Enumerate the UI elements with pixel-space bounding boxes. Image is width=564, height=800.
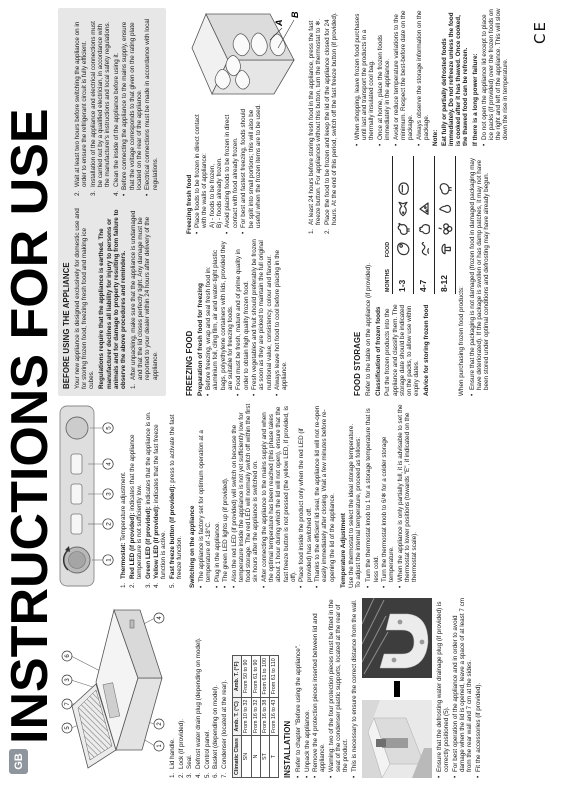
storage-tips-section: •When shopping, leave frozen food purcha… [354, 8, 511, 146]
temperature-intro: Use the thermostat to select the ideal s… [348, 402, 362, 588]
freezing-steps: 1.At least 24 hours before storing fresh… [308, 8, 340, 234]
list-item: •When the appliance is only partially fu… [397, 402, 419, 588]
list-item: •The appliance is factory set for optimu… [198, 402, 212, 588]
list-item: •Once at home, place the frozen foods im… [377, 8, 391, 146]
switching-bullets: •The appliance is factory set for optimu… [198, 402, 336, 588]
freezing-food-section: FREEZING FOOD Preparation of fresh food … [186, 238, 290, 396]
storage-tips-bullets: •When shopping, leave frozen food purcha… [354, 8, 430, 146]
appliance-figure: 5 7 3 6 1 2 4 [58, 596, 166, 778]
ham-icon [395, 241, 411, 257]
list-item: 4.Yellow LED (if provided): indicates th… [153, 402, 167, 588]
list-item: •Turn the thermostat knob to 1 for a sto… [365, 402, 379, 588]
table-header-row: MONTHSFOOD [384, 156, 393, 294]
months-row: 1-3 [393, 156, 414, 294]
purchasing-intro: When purchasing frozen food products: [458, 156, 465, 396]
before-using-bullets: •Before connecting the appliance to the … [121, 15, 158, 196]
installation-bullets: •Refer to chapter "Before using the appl… [295, 596, 358, 778]
manual-page: GB INSTRUCTIONS FOR USE [0, 0, 564, 800]
list-item: 1.Thermostat: Temperature adjustment. [120, 402, 127, 588]
list-item: •Also the red LED (if provided) will swi… [231, 402, 260, 588]
installation-bullets-2: •Ensure that the defrosting water draina… [436, 596, 482, 778]
switching-heading: Switching on the appliance [189, 402, 196, 588]
table-row: SNFrom 10 to 32From 50 to 90 [242, 656, 251, 778]
list-item: •Electrical connections must be made in … [144, 15, 158, 196]
pear-icon [437, 201, 453, 217]
led-windows [71, 454, 82, 534]
list-item: •Food must be fresh, mature and of prime… [235, 238, 249, 396]
freezing-food-bullets: •Before freezing, wrap and seal fresh fo… [205, 238, 288, 396]
panel-callout-1: 1 [105, 558, 112, 562]
installation-photos [362, 596, 432, 778]
list-item: 2.Place the food to be frozen and keep t… [324, 8, 338, 234]
table-row: STFrom 16 to 38From 61 to 100 [260, 656, 269, 778]
page-title: INSTRUCTIONS FOR USE [0, 108, 60, 744]
drain-channel-photo [362, 598, 432, 678]
before-using-col1: Your new appliance is designed exclusive… [74, 208, 160, 389]
power-failure-heading: If there is a long power failure: [472, 8, 479, 146]
intro-paragraph: Your new appliance is designed exclusive… [74, 208, 96, 389]
list-item: •Always leave hot food to cool before pl… [274, 238, 288, 396]
classification-heading: Classification of frozen foods [375, 156, 382, 396]
list-item: •Place food inside the product only when… [298, 402, 312, 588]
list-item: 5.Fast freeze button (if provided): pres… [169, 402, 183, 588]
before-using-heading: BEFORE USING THE APPLIANCE [63, 15, 72, 389]
list-item: •Before freezing, wrap and seal fresh fo… [205, 238, 234, 396]
food-storage-heading: FOOD STORAGE [354, 156, 363, 396]
rabbit-icon [416, 221, 432, 237]
list-item: 1.At least 24 hours before storing fresh… [308, 8, 322, 234]
list-item: •After connecting the appliance to the m… [261, 402, 297, 588]
months-food-table: MONTHSFOOD1-34-78-12 [384, 156, 456, 294]
sausage-icon [395, 181, 411, 197]
before-using-item-1: 1.After unpacking, make sure that the ap… [130, 208, 159, 389]
column-control-panel: 1 2 3 4 5 1.Thermostat: Temperature adju… [58, 402, 420, 588]
months-row: 8-12 [435, 156, 456, 294]
mushroom-icon [437, 241, 453, 257]
drain-plug-photo [362, 700, 432, 778]
list-item: 1.Lid handle. [169, 596, 176, 778]
table-header-row: Climatic ClassAmb. T. (°C)Amb. T. (°F) [233, 656, 242, 778]
food-storage-section: FOOD STORAGE Refer to the table on the a… [354, 156, 492, 396]
list-item: 2.Lock (if provided). [178, 596, 185, 778]
column-header: Amb. T. (°F) [233, 656, 242, 698]
label-b: B [290, 11, 300, 18]
refer-line: Refer to the table on the appliance (if … [365, 156, 372, 396]
list-item: 3.Green LED (if provided): indicates tha… [145, 402, 152, 588]
table-row: TFrom 16 to 43From 61 to 110 [269, 656, 278, 778]
installation-heading: INSTALLATION [284, 596, 293, 778]
list-item: •Place foods to be frozen in direct cont… [194, 102, 223, 234]
column-appliance: 5 7 3 6 1 2 4 1.Lid handle.2.Lock (if pr… [58, 596, 484, 778]
list-item: •Thanks to the efficient lid seal, the a… [314, 402, 336, 588]
classification-body: Put the frozen products into the applian… [384, 304, 420, 396]
purchasing-bullet: •Ensure that the packaging is not damage… [469, 156, 491, 396]
chest-freezer-diagram: 5 7 3 6 1 2 4 [58, 596, 166, 778]
list-item: •When shopping, leave frozen food purcha… [354, 8, 376, 146]
list-item: •Unpack the appliance. [304, 596, 311, 778]
fast-freeze-button [66, 417, 88, 439]
panel-callout-5: 5 [105, 426, 112, 430]
list-item: 7.Condenser (located at the rear). [221, 596, 228, 778]
control-panel-figure: 1 2 3 4 5 [58, 402, 116, 588]
list-item: •Fresh vegetables and fruit should prefe… [251, 238, 273, 396]
list-item: 3.Installation of the appliance and elec… [90, 15, 112, 196]
callout-7: 7 [65, 702, 71, 706]
regulations-paragraph: Regulations require that the appliance i… [98, 208, 127, 389]
climatic-class-table: Climatic ClassAmb. T. (°C)Amb. T. (°F) S… [232, 655, 279, 778]
list-item: •For best operation of the appliance and… [452, 596, 474, 778]
ce-mark: CE [532, 20, 549, 44]
cheese-icon [416, 201, 432, 217]
list-item: •Turn the thermostat knob to 6/❄ for a c… [381, 402, 395, 588]
callout-6: 6 [65, 654, 71, 658]
shrimp-icon [416, 241, 432, 257]
list-item: •Warning: two of the four protection pie… [328, 596, 350, 778]
temperature-heading: Temperature Adjustment [340, 402, 347, 588]
before-using-col2: 2.Wait at least two hours before switchi… [74, 15, 160, 196]
turkey-icon [437, 181, 453, 197]
screenshot-stage: GB INSTRUCTIONS FOR USE [0, 0, 564, 800]
list-item: •Plug in the appliance. [214, 402, 221, 588]
language-badge: GB [9, 749, 28, 774]
list-item: •The green LED lights up (if provided). [222, 402, 229, 588]
fruit-icon [437, 221, 453, 237]
list-item: •Always observe the storage information … [416, 8, 430, 146]
freezer-bags-diagram: A B [182, 8, 302, 100]
callout-5: 5 [65, 726, 71, 730]
list-item: 2.Red LED (if provided): indicates that … [129, 402, 143, 588]
callout-4: 4 [157, 616, 163, 620]
list-item: •For best and fastest freezing, foods sh… [240, 102, 262, 234]
arrow-icon [374, 681, 420, 697]
list-item: •Remove the 4 protection pieces inserted… [312, 596, 326, 778]
list-item: 4.Clean the inside of the appliance befo… [113, 15, 120, 196]
freezing-fresh-section: Freezing fresh food •Place foods to be f… [186, 102, 263, 234]
list-item: •Avoid or reduce temperature variations … [393, 8, 415, 146]
list-item: •Fit the accessories (if provided). [475, 596, 482, 778]
temperature-bullets: •Turn the thermostat knob to 1 for a sto… [365, 402, 418, 588]
freezing-fresh-heading: Freezing fresh food [186, 102, 193, 234]
list-item: •Avoid placing foods to be frozen in dir… [224, 102, 238, 234]
list-item: •Before connecting the appliance to the … [121, 15, 143, 196]
control-panel-items: 1.Thermostat: Temperature adjustment.2.R… [120, 402, 183, 588]
list-item: •This is necessary to ensure the correct… [351, 596, 358, 778]
panel-callout-3: 3 [105, 492, 112, 496]
list-item: •Ensure that the defrosting water draina… [436, 596, 450, 778]
list-item: 2.Wait at least two hours before switchi… [74, 15, 88, 196]
column-header: Amb. T. (°C) [233, 697, 242, 736]
list-item: 6.Basket (depending on model). [212, 596, 219, 778]
poultry-icon [395, 221, 411, 237]
note-text: Eat fully or partially defrosted foods i… [441, 8, 470, 146]
advice-heading: Advice for storing frozen food [423, 304, 430, 396]
power-failure-bullet: •Do not open the appliance lid except to… [481, 8, 510, 146]
bags-figure: A B [182, 8, 302, 100]
list-item: 4.Defrost water drain plug (depending on… [195, 596, 202, 778]
callout-3: 3 [65, 678, 71, 682]
label-a: A [274, 20, 284, 28]
freezing-food-heading: FREEZING FOOD [186, 238, 195, 396]
before-using-box: BEFORE USING THE APPLIANCE Your new appl… [58, 8, 166, 396]
before-using-items: 2.Wait at least two hours before switchi… [74, 15, 120, 196]
callout-1: 1 [157, 744, 163, 748]
callout-2: 2 [157, 722, 163, 726]
freezing-fresh-bullets: •Place foods to be frozen in direct cont… [194, 102, 262, 234]
fish-icon [395, 201, 411, 217]
note-heading: Note: [432, 8, 439, 146]
preparation-subheading: Preparation of fresh food for freezing [197, 238, 204, 396]
column-header: Climatic Class [233, 736, 242, 778]
table-row: NFrom 16 to 32From 61 to 90 [251, 656, 260, 778]
list-item: •Refer to chapter "Before using the appl… [295, 596, 302, 778]
classification-body-wrap: Put the frozen products into the applian… [384, 304, 456, 396]
panel-callout-2: 2 [105, 522, 112, 526]
months-row: 4-7 [414, 156, 435, 294]
parts-list: 1.Lid handle.2.Lock (if provided).3.Seal… [169, 596, 228, 778]
list-item: 5.Control panel. [204, 596, 211, 778]
panel-callout-4: 4 [105, 462, 112, 466]
list-item: 3.Seal. [186, 596, 193, 778]
